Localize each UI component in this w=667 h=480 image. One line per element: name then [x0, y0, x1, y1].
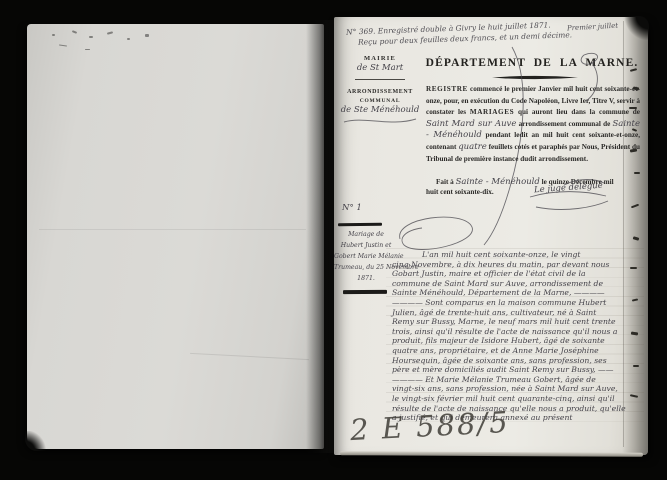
act-line: trois, ainsi qu'il résulte de l'acte de …	[392, 327, 646, 337]
arrondissement-handwritten: de Ste Ménéhould	[336, 105, 424, 115]
marriage-act-text: L'an mil huit cent soixante-onze, le vin…	[392, 250, 646, 423]
act-line: Gobart Justin, maire et officier de l'ét…	[392, 269, 646, 279]
archive-reference-pencil: 2 E 588/5	[349, 405, 510, 447]
act-line: père et mère domiciliés audit Saint Remy…	[392, 365, 646, 375]
act-number: N° 1	[342, 203, 362, 213]
paragraph-text: arrondissement communal de	[516, 120, 612, 128]
page-crease	[39, 229, 306, 230]
act-line: vingt-six ans, sans profession, née à Sa…	[392, 384, 646, 394]
registre-word: REGISTRE	[426, 85, 468, 93]
mariages-word: MARIAGES	[470, 108, 514, 116]
left-blank-page	[27, 24, 324, 449]
department-title: DÉPARTEMENT DE LA MARNE.	[424, 57, 640, 69]
act-line: ———— Sont comparus en la maison commune …	[392, 298, 646, 308]
act-line: ———— Et Marie Mélanie Trumeau Gobert, âg…	[392, 375, 646, 385]
act-line: quatre ans, propriétaire, et de Anne Mar…	[392, 346, 646, 356]
margin-note-line: Mariage de	[334, 229, 398, 240]
act-line: Sainte Ménéhould, Département de la Marn…	[392, 288, 646, 298]
fait-line2: huit cent soixante-dix.	[426, 188, 494, 196]
page-bottom-edge	[340, 451, 643, 457]
act-line: L'an mil huit cent soixante-onze, le vin…	[392, 250, 646, 260]
act-line: commune de Saint Mard sur Auve, arrondis…	[392, 279, 646, 289]
page-corner-curl	[617, 16, 649, 40]
tapered-rule-ornament	[492, 74, 578, 81]
mairie-commune-handwritten: de St Mart	[336, 63, 424, 73]
page-crease	[190, 353, 309, 360]
communal-label: COMMUNAL	[336, 98, 424, 104]
paragraph-text: qui auront lieu dans la commune de	[514, 108, 640, 116]
margin-bar-bottom	[343, 290, 387, 294]
act-line: Julien, âgé de trente-huit ans, cultivat…	[392, 308, 646, 318]
register-declaration-paragraph: REGISTRE commencé le premier Janvier mil…	[426, 84, 640, 165]
margin-bar-top	[338, 223, 382, 227]
register-page: N° 369. Enregistré double à Givry le hui…	[334, 17, 648, 455]
fait-place-handwritten: Sainte - Ménéhould	[456, 177, 540, 187]
arrondissement-label: ARRONDISSEMENT	[336, 89, 424, 95]
commune-name-handwritten: Saint Mard sur Auve	[426, 119, 516, 129]
scanned-register-photograph: N° 369. Enregistré double à Givry le hui…	[0, 0, 667, 480]
fait-print: Fait à	[436, 178, 456, 186]
book-gutter-shadow	[306, 20, 336, 453]
act-line: produit, fils majeur de Isidore Hubert, …	[392, 336, 646, 346]
mairie-label: MAIRIE	[336, 55, 424, 62]
act-line: Remy sur Bussy, Marne, le neuf mars mil …	[392, 317, 646, 327]
act-line: Hoursequin, âgée de soixante ans, sans p…	[392, 356, 646, 366]
act-line: cinq Novembre, à dix heures du matin, pa…	[392, 260, 646, 270]
margin-divider-rule	[355, 79, 405, 80]
feuillets-count-handwritten: quatre	[458, 142, 487, 152]
act-line: le vingt-six février mil huit cent quara…	[392, 394, 646, 404]
margin-column: MAIRIE de St Mart ARRONDISSEMENT COMMUNA…	[336, 55, 424, 127]
margin-underline-flourish	[340, 115, 420, 127]
corner-date-annotation: Premier juillet	[567, 22, 618, 33]
